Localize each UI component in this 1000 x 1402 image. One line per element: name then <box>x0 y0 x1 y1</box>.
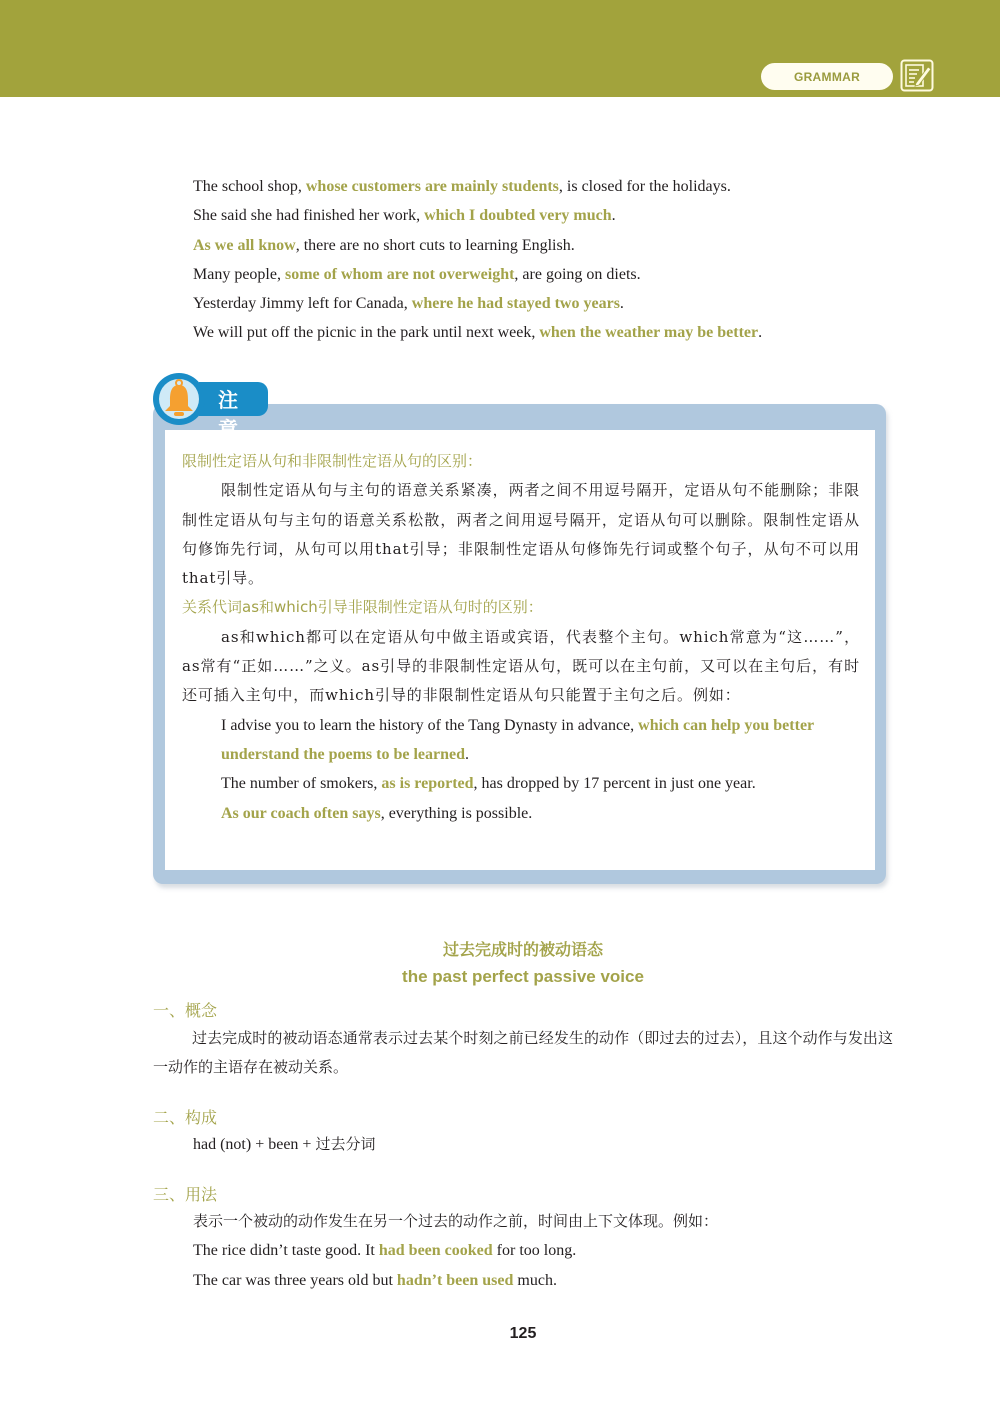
structure-formula: had (not) + been + 过去分词 <box>153 1130 893 1159</box>
example-sentence: Yesterday Jimmy left for Canada, where h… <box>193 289 893 318</box>
concept-heading: 一、概念 <box>153 998 217 1021</box>
note-paragraph: as和which都可以在定语从句中做主语或宾语，代表整个主句。which常意为“… <box>182 623 860 711</box>
example-sentence: We will put off the picnic in the park u… <box>193 318 893 347</box>
intro-examples: The school shop, whose customers are mai… <box>193 172 893 348</box>
section-label-pill: GRAMMAR <box>761 63 893 90</box>
concept-text: 过去完成时的被动语态通常表示过去某个时刻之前已经发生的动作（即过去的过去），且这… <box>153 1024 893 1082</box>
note-example: I advise you to learn the history of the… <box>182 711 860 770</box>
usage-heading: 三、用法 <box>153 1182 217 1205</box>
note-paragraph: 限制性定语从句与主句的语意关系紧凑，两者之间不用逗号隔开，定语从句不能删除；非限… <box>182 476 860 593</box>
bell-icon <box>162 378 196 418</box>
note-heading: 关系代词as和which引导非限制性定语从句时的区别： <box>182 593 860 622</box>
structure-body: had (not) + been + 过去分词 <box>153 1130 893 1159</box>
usage-example: The car was three years old but hadn’t b… <box>153 1266 893 1295</box>
usage-text: 表示一个被动的动作发生在另一个过去的动作之前，时间由上下文体现。例如： <box>153 1207 893 1236</box>
example-sentence: Many people, some of whom are not overwe… <box>193 260 893 289</box>
example-sentence: The school shop, whose customers are mai… <box>193 172 893 201</box>
note-example: As our coach often says, everything is p… <box>182 799 860 828</box>
structure-heading: 二、构成 <box>153 1105 217 1128</box>
example-sentence: As we all know, there are no short cuts … <box>193 231 893 260</box>
section-label: GRAMMAR <box>794 70 860 84</box>
note-badge-circle <box>153 373 205 425</box>
usage-body: 表示一个被动的动作发生在另一个过去的动作之前，时间由上下文体现。例如： The … <box>153 1207 893 1295</box>
example-sentence: She said she had finished her work, whic… <box>193 201 893 230</box>
note-badge-label: 注意 <box>218 384 238 442</box>
note-heading: 限制性定语从句和非限制性定语从句的区别： <box>182 447 860 476</box>
usage-example: The rice didn’t taste good. It had been … <box>153 1236 893 1265</box>
section-title-cn: 过去完成时的被动语态 <box>0 937 1000 960</box>
note-content: 限制性定语从句和非限制性定语从句的区别： 限制性定语从句与主句的语意关系紧凑，两… <box>182 447 860 828</box>
notes-pencil-icon <box>900 59 934 92</box>
page-number: 125 <box>0 1325 1000 1343</box>
section-title-en: the past perfect passive voice <box>0 967 1000 987</box>
note-example: The number of smokers, as is reported, h… <box>182 769 860 798</box>
concept-body: 过去完成时的被动语态通常表示过去某个时刻之前已经发生的动作（即过去的过去），且这… <box>153 1024 893 1082</box>
